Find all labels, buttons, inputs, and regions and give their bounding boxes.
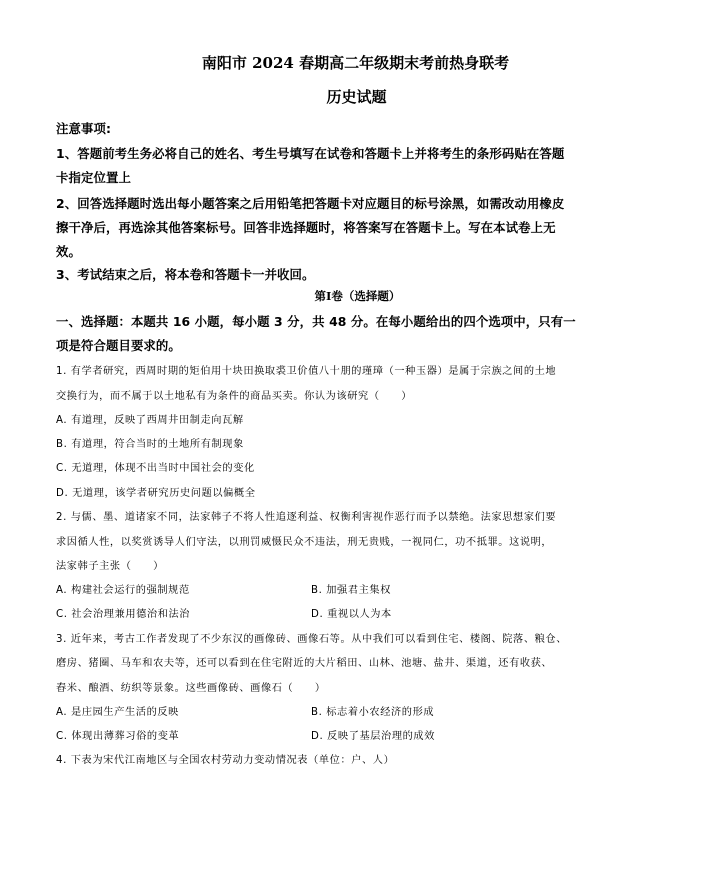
question-3-option-d[interactable]: D. 反映了基层治理的成效 [311,727,435,742]
question-1-option-a[interactable]: A. 有道理，反映了西周井田制走向瓦解 [56,411,244,426]
notes-line-2: 卡指定位置上 [56,168,131,186]
question-2-option-b[interactable]: B. 加强君主集权 [311,581,391,596]
question-1-stem-1: 1. 有学者研究，西周时期的矩伯用十块田换取裘卫价值八十朋的瑾璋（一种玉器）是属… [56,362,556,377]
notes-heading: 注意事项: [56,119,111,137]
question-3-option-c[interactable]: C. 体现出薄葬习俗的变革 [56,727,179,742]
question-2-stem-3: 法家韩子主张（ ） [56,557,164,572]
question-3-stem-2: 磨房、猪圈、马车和农夫等，还可以看到在住宅附近的大片稻田、山林、池塘、盐井、渠道… [56,654,552,669]
notes-line-5: 效。 [56,242,81,260]
question-2-option-d[interactable]: D. 重视以人为本 [311,605,392,620]
question-1-option-c[interactable]: C. 无道理，体现不出当时中国社会的变化 [56,459,255,474]
section-title: 第Ⅰ卷（选择题） [0,288,701,304]
notes-line-6: 3、考试结束之后，将本卷和答题卡一并收回。 [56,265,315,283]
section-instructions-1: 一、选择题：本题共 16 小题，每小题 3 分，共 48 分。在每小题给出的四个… [56,312,576,330]
question-3-option-b[interactable]: B. 标志着小农经济的形成 [311,703,434,718]
exam-title: 南阳市 2024 春期高二年级期末考前热身联考 [0,52,701,73]
question-1-option-b[interactable]: B. 有道理，符合当时的土地所有制现象 [56,435,244,450]
question-3-option-a[interactable]: A. 是庄园生产生活的反映 [56,703,179,718]
notes-line-3: 2、回答选择题时选出每小题答案之后用铅笔把答题卡对应题目的标号涂黑，如需改动用橡… [56,194,564,212]
question-4-stem-1: 4. 下表为宋代江南地区与全国农村劳动力变动情况表（单位：户、人） [56,751,394,766]
question-2-option-c[interactable]: C. 社会治理兼用德治和法治 [56,605,190,620]
question-1-option-d[interactable]: D. 无道理，该学者研究历史问题以偏概全 [56,484,256,499]
section-instructions-2: 项是符合题目要求的。 [56,336,181,354]
notes-line-1: 1、答题前考生务必将自己的姓名、考生号填写在试卷和答题卡上并将考生的条形码贴在答… [56,144,564,162]
notes-line-4: 擦干净后，再选涂其他答案标号。回答非选择题时，将答案写在答题卡上。写在本试卷上无 [56,218,556,236]
question-3-stem-1: 3. 近年来，考古工作者发现了不少东汉的画像砖、画像石等。从中我们可以看到住宅、… [56,630,567,645]
question-2-stem-1: 2. 与儒、墨、道诸家不同，法家韩子不将人性追逐利益、权衡利害视作恶行而予以禁绝… [56,508,556,523]
exam-page: 南阳市 2024 春期高二年级期末考前热身联考 历史试题 注意事项: 1、答题前… [0,0,701,877]
question-1-stem-2: 交换行为，而不属于以土地私有为条件的商品买卖。你认为该研究（ ） [56,387,412,402]
question-3-stem-3: 舂米、酿酒、纺织等景象。这些画像砖、画像石（ ） [56,679,326,694]
exam-subject: 历史试题 [0,86,701,107]
question-2-option-a[interactable]: A. 构建社会运行的强制规范 [56,581,190,596]
question-2-stem-2: 求因循人性，以奖赏诱导人们守法，以刑罚威慑民众不违法，刑无贵贱，一视同仁，功不抵… [56,533,552,548]
